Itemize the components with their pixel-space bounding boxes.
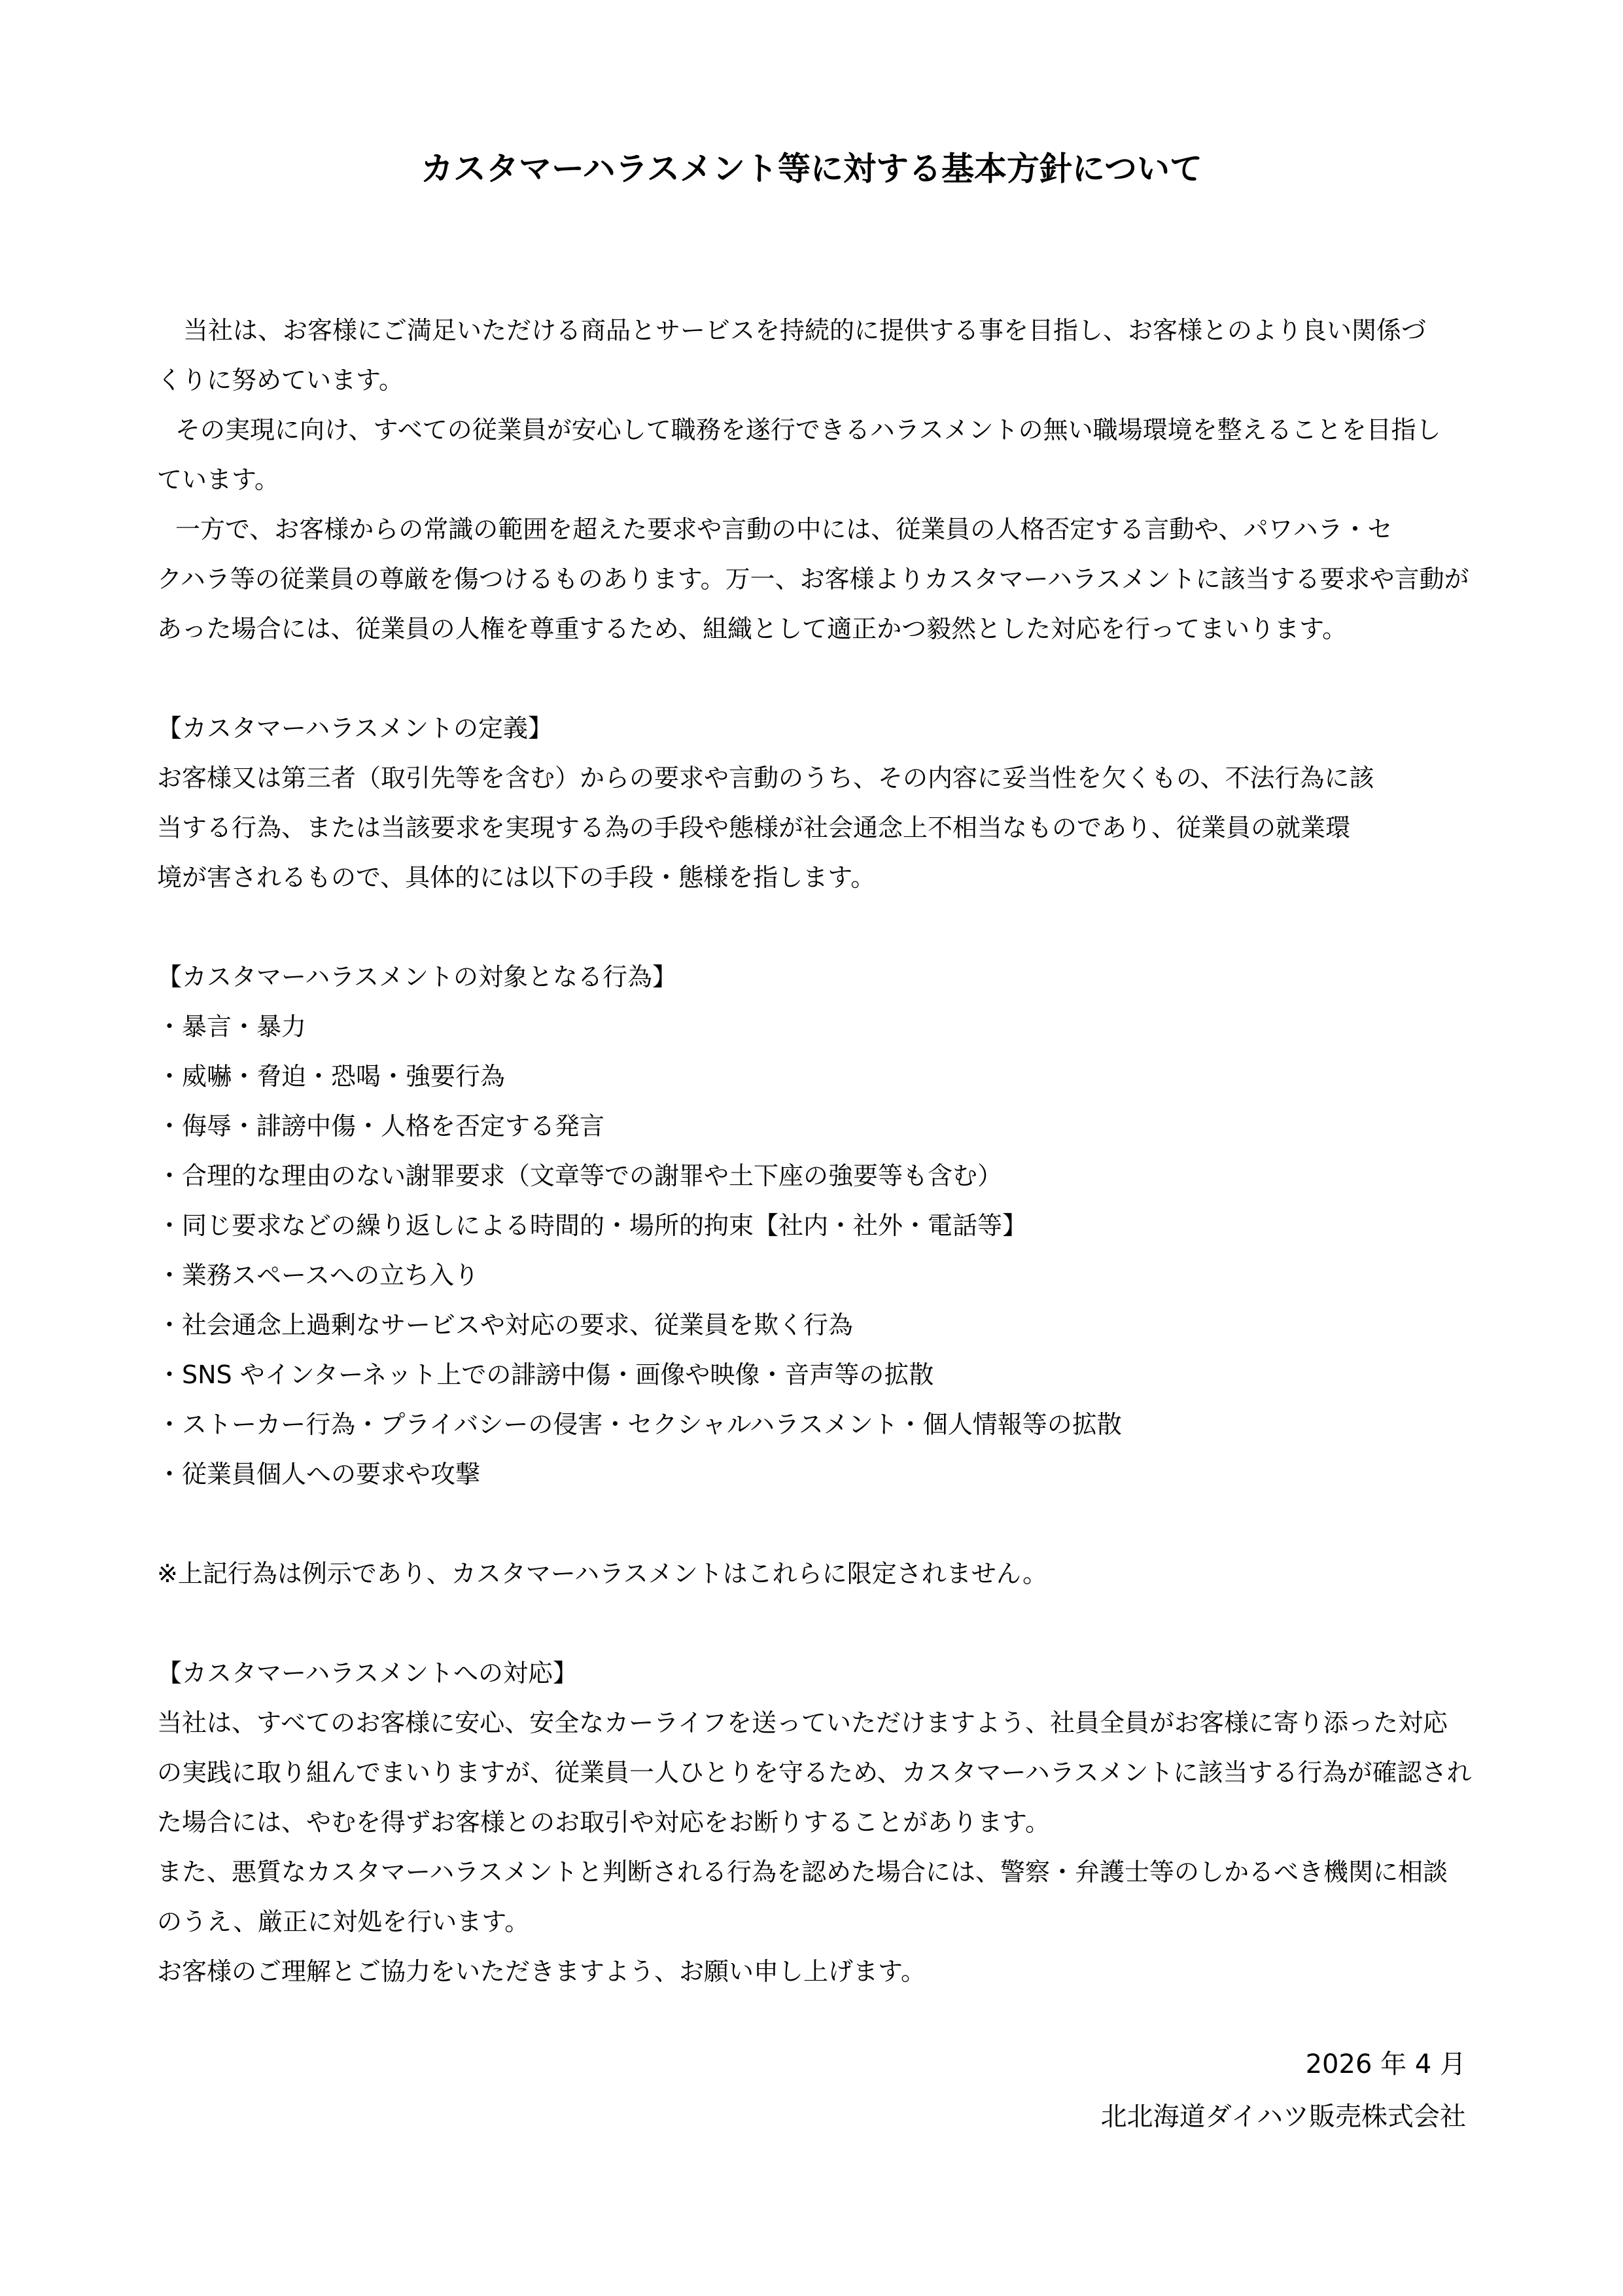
- intro-section: 当社は、お客様にご満足いただける商品とサービスを持続的に提供する事を目指し、お客…: [157, 306, 1498, 654]
- issue-date: 2026 年 4 月: [1101, 2038, 1466, 2091]
- list-item: ・ストーカー行為・プライバシーの侵害・セクシャルハラスメント・個人情報等の拡散: [157, 1400, 1498, 1449]
- section-heading: 【カスタマーハラスメントの定義】: [157, 703, 1498, 753]
- response-line: また、悪質なカスタマーハラスメントと判断される行為を認めた場合には、警察・弁護士…: [157, 1847, 1498, 1897]
- definition-line: お客様又は第三者（取引先等を含む）からの要求や言動のうち、その内容に妥当性を欠く…: [157, 753, 1498, 803]
- target-acts-section: 【カスタマーハラスメントの対象となる行為】 ・暴言・暴力 ・威嚇・脅迫・恐喝・強…: [157, 952, 1498, 1598]
- list-item: ・侮辱・誹謗中傷・人格を否定する発言: [157, 1101, 1498, 1151]
- intro-line: 当社は、お客様にご満足いただける商品とサービスを持続的に提供する事を目指し、お客…: [157, 306, 1498, 355]
- list-item: ・業務スペースへの立ち入り: [157, 1250, 1498, 1300]
- response-line: お客様のご理解とご協力をいただきますよう、お願い申し上げます。: [157, 1947, 1498, 1996]
- intro-line: あった場合には、従業員の人権を尊重するため、組織として適正かつ毅然とした対応を行…: [157, 604, 1498, 654]
- note-text: ※上記行為は例示であり、カスタマーハラスメントはこれらに限定されません。: [157, 1549, 1498, 1598]
- intro-line: 一方で、お客様からの常識の範囲を超えた要求や言動の中には、従業員の人格否定する言…: [157, 504, 1498, 554]
- list-item: ・合理的な理由のない謝罪要求（文章等での謝罪や土下座の強要等も含む）: [157, 1151, 1498, 1201]
- intro-line: クハラ等の従業員の尊厳を傷つけるものあります。万一、お客様よりカスタマーハラスメ…: [157, 554, 1498, 604]
- section-heading: 【カスタマーハラスメントの対象となる行為】: [157, 952, 1498, 1002]
- document-body: 当社は、お客様にご満足いただける商品とサービスを持続的に提供する事を目指し、お客…: [157, 306, 1498, 1996]
- spacer: [157, 654, 1498, 703]
- list-item: ・暴言・暴力: [157, 1002, 1498, 1051]
- document-title: カスタマーハラスメント等に対する基本方針について: [0, 149, 1623, 188]
- intro-line: ています。: [157, 455, 1498, 504]
- list-item: ・SNS やインターネット上での誹謗中傷・画像や映像・音声等の拡散: [157, 1350, 1498, 1400]
- definition-line: 境が害されるもので、具体的には以下の手段・態様を指します。: [157, 853, 1498, 902]
- document-page: カスタマーハラスメント等に対する基本方針について 当社は、お客様にご満足いただけ…: [0, 0, 1623, 2296]
- spacer: [157, 1499, 1498, 1549]
- definition-section: 【カスタマーハラスメントの定義】 お客様又は第三者（取引先等を含む）からの要求や…: [157, 703, 1498, 902]
- response-line: た場合には、やむを得ずお客様とのお取引や対応をお断りすることがあります。: [157, 1797, 1498, 1847]
- response-line: 当社は、すべてのお客様に安心、安全なカーライフを送っていただけますよう、社員全員…: [157, 1698, 1498, 1748]
- spacer: [157, 902, 1498, 952]
- section-heading: 【カスタマーハラスメントへの対応】: [157, 1648, 1498, 1698]
- response-line: のうえ、厳正に対処を行います。: [157, 1897, 1498, 1947]
- definition-line: 当する行為、または当該要求を実現する為の手段や態様が社会通念上不相当なものであり…: [157, 803, 1498, 853]
- signature-block: 2026 年 4 月 北北海道ダイハツ販売株式会社: [1101, 2038, 1466, 2143]
- intro-line: その実現に向け、すべての従業員が安心して職務を遂行できるハラスメントの無い職場環…: [157, 405, 1498, 455]
- list-item: ・威嚇・脅迫・恐喝・強要行為: [157, 1051, 1498, 1101]
- company-name: 北北海道ダイハツ販売株式会社: [1101, 2091, 1466, 2143]
- list-item: ・従業員個人への要求や攻撃: [157, 1449, 1498, 1499]
- list-item: ・社会通念上過剰なサービスや対応の要求、従業員を欺く行為: [157, 1300, 1498, 1350]
- response-section: 【カスタマーハラスメントへの対応】 当社は、すべてのお客様に安心、安全なカーライ…: [157, 1648, 1498, 1996]
- intro-line: くりに努めています。: [157, 355, 1498, 405]
- list-item: ・同じ要求などの繰り返しによる時間的・場所的拘束【社内・社外・電話等】: [157, 1201, 1498, 1250]
- spacer: [157, 1598, 1498, 1648]
- response-line: の実践に取り組んでまいりますが、従業員一人ひとりを守るため、カスタマーハラスメン…: [157, 1748, 1498, 1797]
